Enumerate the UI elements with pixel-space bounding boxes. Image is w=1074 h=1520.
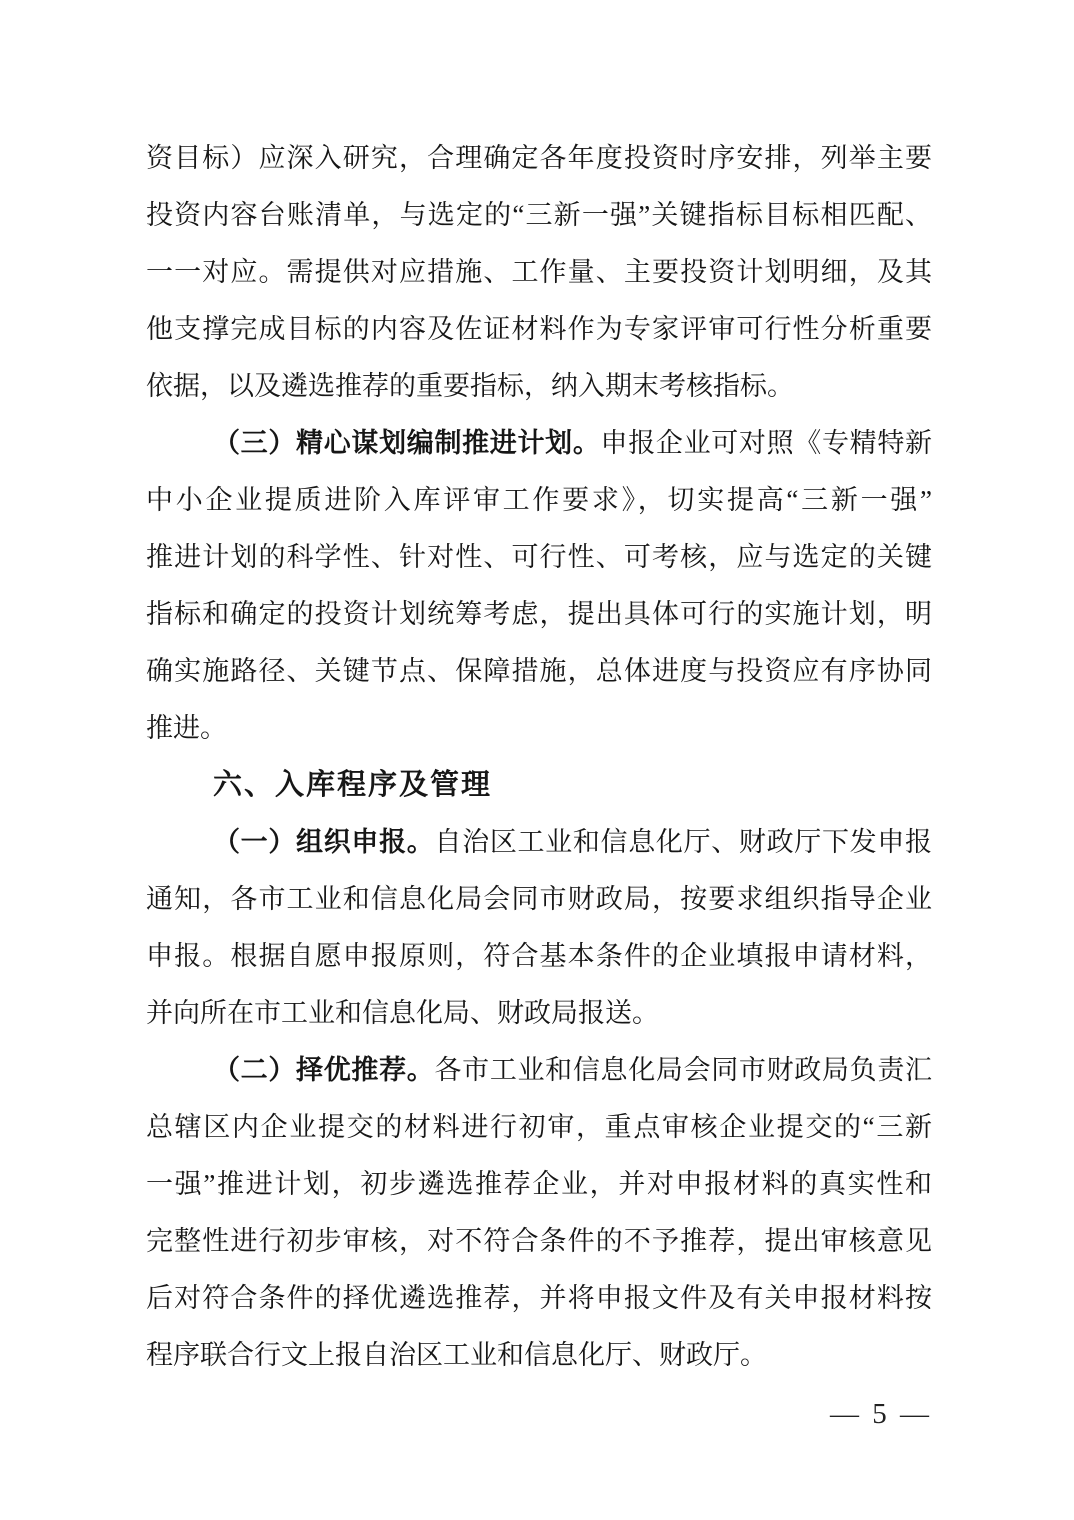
text-line: 推进计划的科学性、针对性、可行性、可考核，应与选定的关键 — [146, 529, 932, 586]
text-line: 中小企业提质进阶入库评审工作要求》，切实提高“三新一强” — [146, 472, 932, 529]
paragraph-label: （一）组织申报。 — [213, 827, 434, 857]
text-line: 通知，各市工业和信息化局会同市财政局，按要求组织指导企业 — [146, 871, 932, 928]
text-line: 申报。根据自愿申报原则，符合基本条件的企业填报申请材料， — [146, 928, 932, 985]
text-line: （三）精心谋划编制推进计划。申报企业可对照《专精特新 — [146, 415, 932, 472]
paragraph-text: 各市工业和信息化局会同市财政局负责汇 — [434, 1055, 932, 1085]
text-line: 依据，以及遴选推荐的重要指标，纳入期末考核指标。 — [146, 358, 932, 415]
page-number: — 5 — — [0, 1399, 1074, 1429]
paragraph-text: 自治区工业和信息化厅、财政厅下发申报 — [434, 827, 932, 857]
text-line: 指标和确定的投资计划统筹考虑，提出具体可行的实施计划，明 — [146, 586, 932, 643]
text-line: 总辖区内企业提交的材料进行初审，重点审核企业提交的“三新 — [146, 1099, 932, 1156]
text-line: （一）组织申报。自治区工业和信息化厅、财政厅下发申报 — [146, 814, 932, 871]
section-heading: 六、入库程序及管理 — [146, 757, 932, 814]
text-block: 资目标）应深入研究，合理确定各年度投资时序安排，列举主要 投资内容台账清单，与选… — [0, 0, 1074, 1384]
document-page: 资目标）应深入研究，合理确定各年度投资时序安排，列举主要 投资内容台账清单，与选… — [0, 0, 1074, 1520]
text-line: （二）择优推荐。各市工业和信息化局会同市财政局负责汇 — [146, 1042, 932, 1099]
text-line: 一一对应。需提供对应措施、工作量、主要投资计划明细，及其 — [146, 244, 932, 301]
text-line: 投资内容台账清单，与选定的“三新一强”关键指标目标相匹配、 — [146, 187, 932, 244]
text-line: 确实施路径、关键节点、保障措施，总体进度与投资应有序协同 — [146, 643, 932, 700]
paragraph-text: 申报企业可对照《专精特新 — [601, 428, 932, 458]
text-line: 资目标）应深入研究，合理确定各年度投资时序安排，列举主要 — [146, 130, 932, 187]
paragraph-label: （二）择优推荐。 — [213, 1055, 434, 1085]
paragraph-label: （三）精心谋划编制推进计划。 — [213, 428, 601, 458]
text-line: 一强”推进计划，初步遴选推荐企业，并对申报材料的真实性和 — [146, 1156, 932, 1213]
text-line: 完整性进行初步审核，对不符合条件的不予推荐，提出审核意见 — [146, 1213, 932, 1270]
text-line: 推进。 — [146, 700, 932, 757]
text-line: 后对符合条件的择优遴选推荐，并将申报文件及有关申报材料按 — [146, 1270, 932, 1327]
text-line: 他支撑完成目标的内容及佐证材料作为专家评审可行性分析重要 — [146, 301, 932, 358]
text-line: 并向所在市工业和信息化局、财政局报送。 — [146, 985, 932, 1042]
text-line: 程序联合行文上报自治区工业和信息化厅、财政厅。 — [146, 1327, 932, 1384]
